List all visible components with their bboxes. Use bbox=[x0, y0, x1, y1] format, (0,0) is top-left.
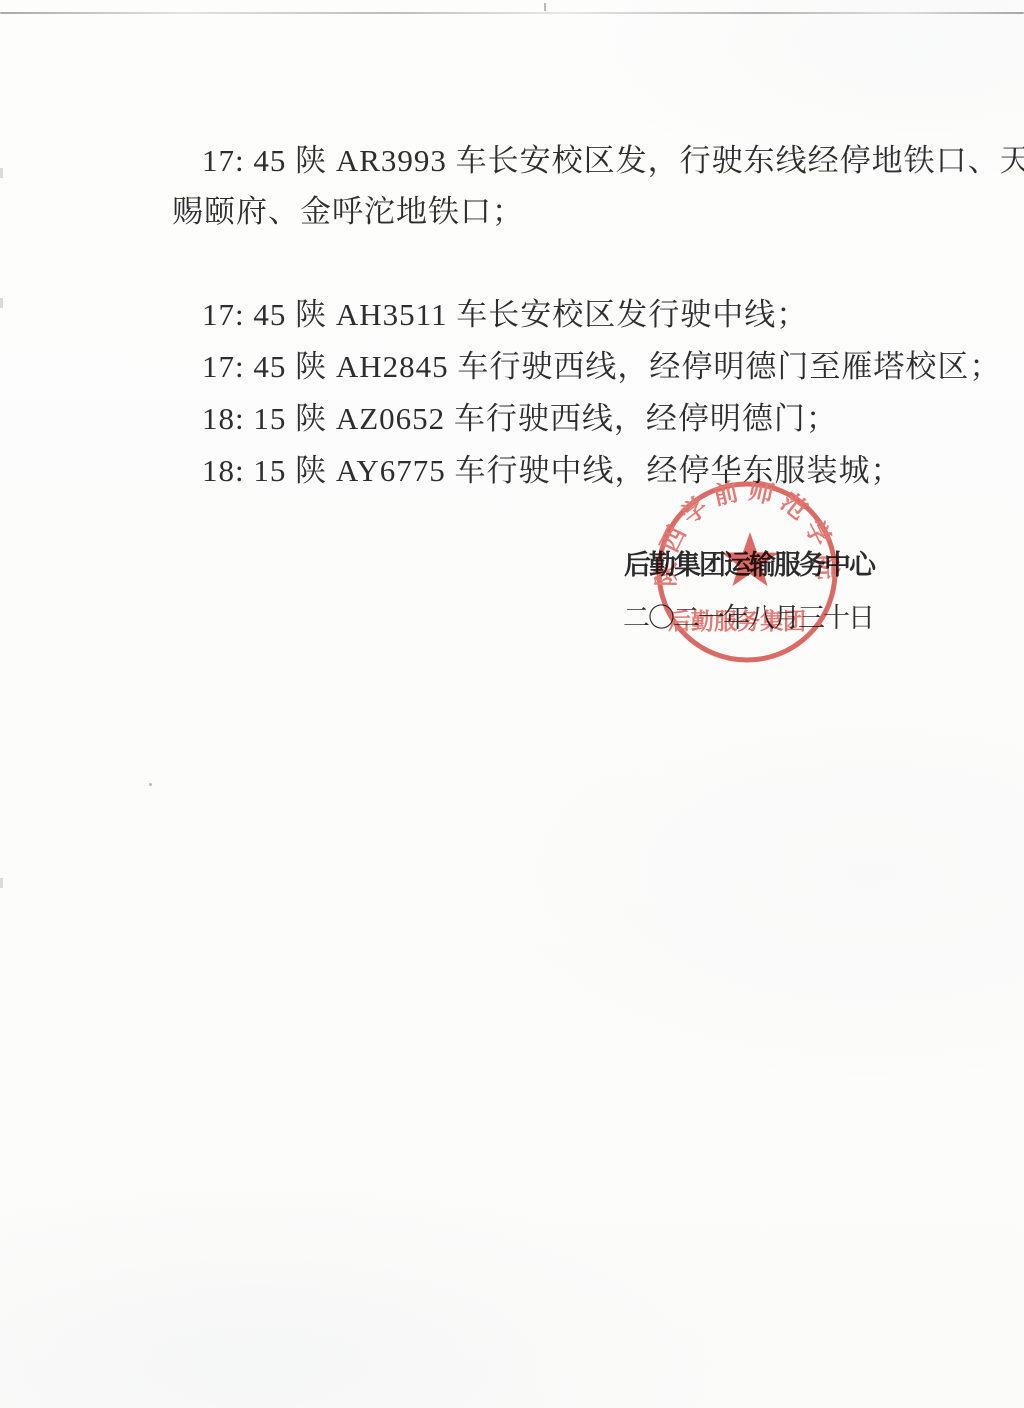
scan-artifact-top-line bbox=[0, 12, 1024, 14]
scan-artifact-edge-mark bbox=[0, 878, 3, 888]
scan-artifact-edge-mark bbox=[0, 168, 3, 178]
body-line-1: 17: 45 陕 AR3993 车长安校区发，行驶东线经停地铁口、天 bbox=[202, 145, 1024, 176]
body-line-2: 赐颐府、金呼沱地铁口； bbox=[172, 196, 524, 227]
scanned-document-page: 17: 45 陕 AR3993 车长安校区发，行驶东线经停地铁口、天 赐颐府、金… bbox=[0, 0, 1024, 1408]
scan-artifact-speck bbox=[149, 783, 152, 786]
scan-artifact-top-tick bbox=[544, 3, 546, 11]
body-line-3: 17: 45 陕 AH3511 车长安校区发行驶中线； bbox=[202, 299, 808, 330]
body-line-4: 17: 45 陕 AH2845 车行驶西线，经停明德门至雁塔校区； bbox=[202, 351, 1001, 382]
star-icon bbox=[721, 532, 778, 586]
seal-bottom-text: 后勤服务集团 bbox=[668, 608, 806, 634]
scan-artifact-edge-mark bbox=[0, 298, 3, 308]
body-line-5: 18: 15 陕 AZ0652 车行驶西线，经停明德门； bbox=[202, 403, 838, 434]
official-seal-stamp: 陕西学前师范学院 后勤服务集团 bbox=[647, 472, 847, 672]
